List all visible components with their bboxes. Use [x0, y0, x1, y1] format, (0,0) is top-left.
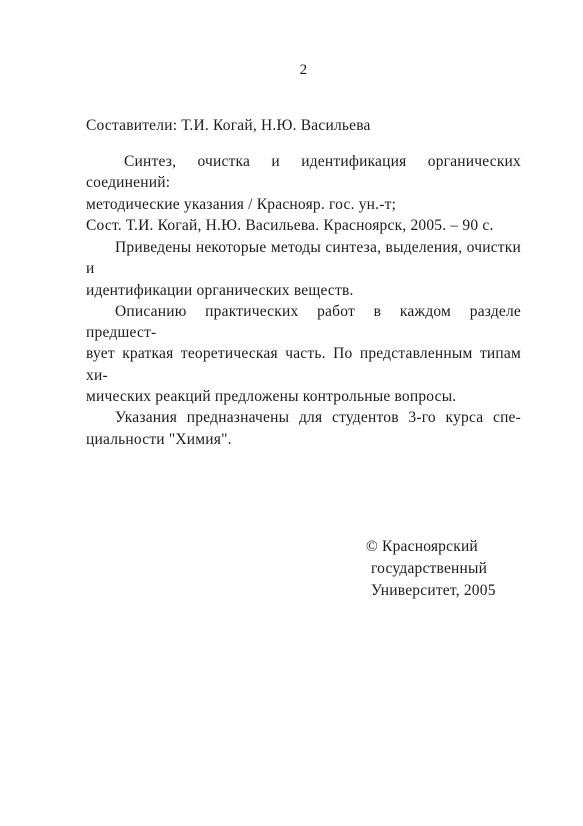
annotation-line-7: циальности "Химия". — [86, 429, 521, 450]
bibliography-line-1: Синтез, очистка и идентификация органиче… — [86, 151, 521, 194]
compilers-line: Составители: Т.И. Когай, Н.Ю. Васильева — [86, 115, 521, 136]
annotation-block: Приведены некоторые методы синтеза, выде… — [86, 237, 521, 450]
copyright-line-2: государственный — [366, 558, 546, 580]
annotation-line-3: Описанию практических работ в каждом раз… — [86, 301, 521, 344]
page-number: 2 — [86, 60, 521, 80]
bibliography-line-3: Сост. Т.И. Когай, Н.Ю. Васильева. Красно… — [86, 215, 521, 236]
annotation-line-5: мических реакций предложены контрольные … — [86, 386, 521, 407]
document-page: 2 Составители: Т.И. Когай, Н.Ю. Васильев… — [0, 0, 583, 826]
copyright-block: © Красноярский государственный Университ… — [366, 536, 546, 601]
annotation-line-6: Указания предназначены для студентов 3-г… — [86, 407, 521, 428]
copyright-line-3: Университет, 2005 — [366, 580, 546, 602]
annotation-line-4: вует краткая теоретическая часть. По пре… — [86, 343, 521, 386]
bibliography-line-2: методические указания / Краснояр. гос. у… — [86, 194, 521, 215]
annotation-line-1: Приведены некоторые методы синтеза, выде… — [86, 237, 521, 280]
bibliography-block: Синтез, очистка и идентификация органиче… — [86, 151, 521, 236]
copyright-line-1: © Красноярский — [366, 536, 546, 558]
annotation-line-2: идентификации органических веществ. — [86, 280, 521, 301]
